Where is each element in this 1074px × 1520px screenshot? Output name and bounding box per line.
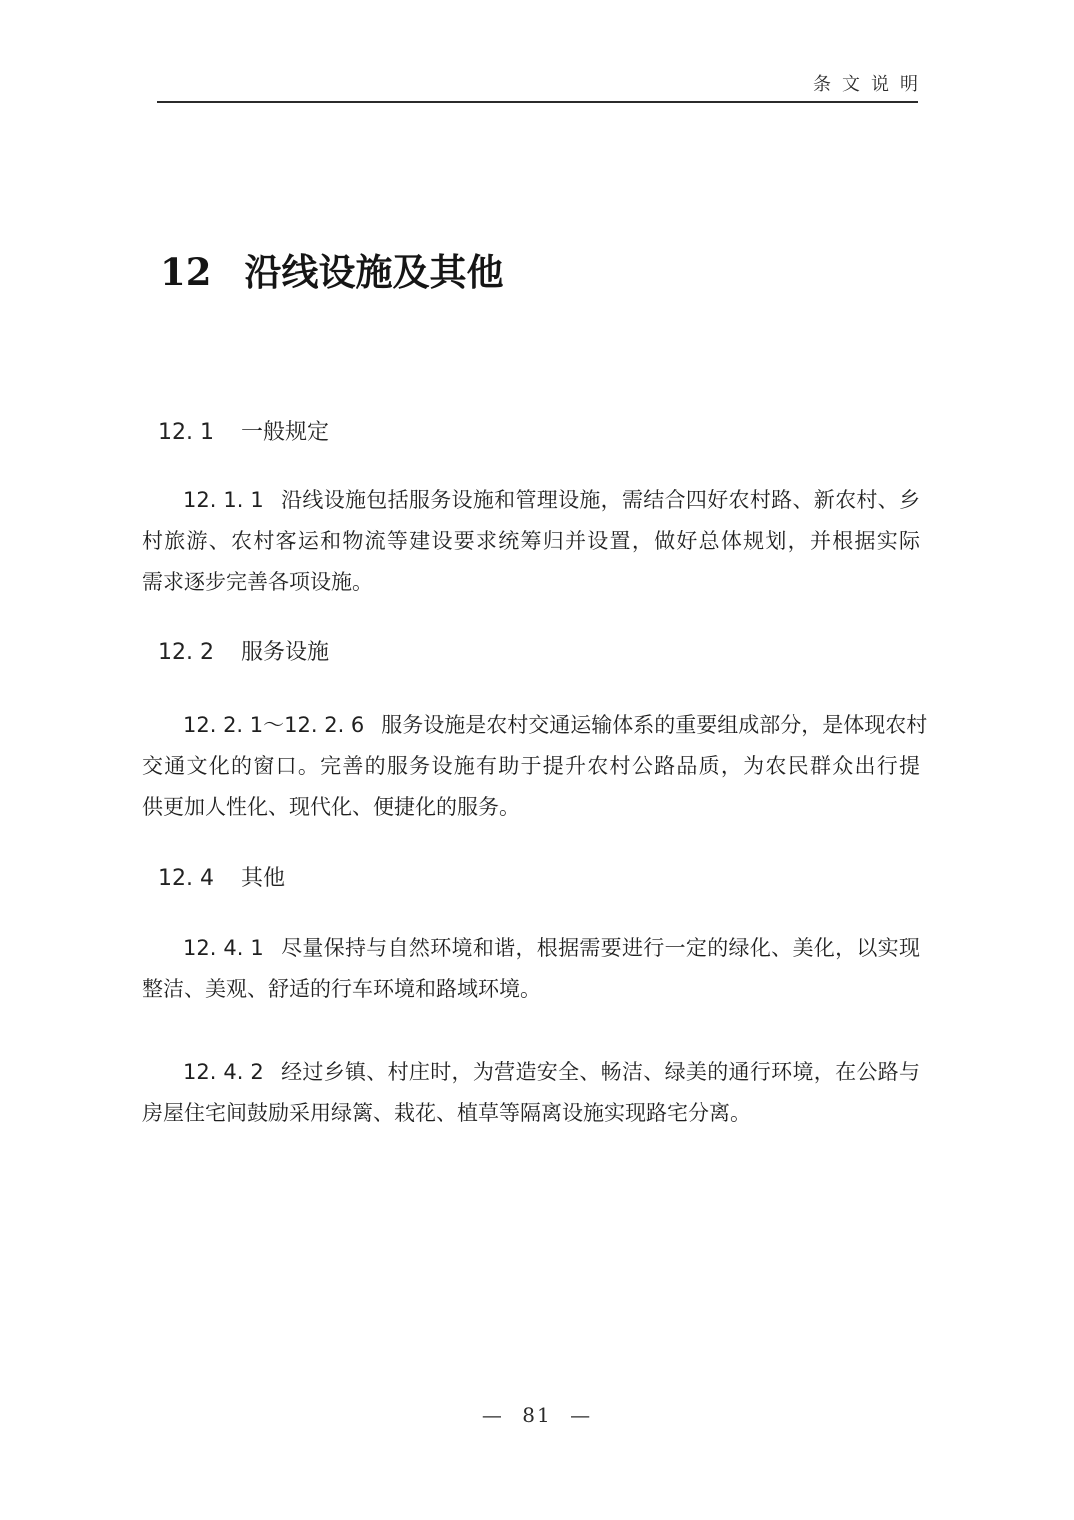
section-number: 12. 2	[158, 640, 214, 665]
section-heading-12-1: 12. 1一般规定	[158, 420, 329, 445]
clause-12-1-1: 12. 1. 1沿线设施包括服务设施和管理设施，需结合四好农村路、新农村、乡 村…	[142, 480, 920, 603]
chapter-heading: 12沿线设施及其他	[160, 250, 504, 294]
section-title: 其他	[241, 866, 285, 891]
clause-text-line: 整洁、美观、舒适的行车环境和路域环境。	[142, 969, 920, 1010]
running-head-label: 条文说明	[157, 70, 929, 96]
section-number: 12. 1	[158, 420, 214, 445]
clause-text-line: 12. 4. 1尽量保持与自然环境和谐，根据需要进行一定的绿化、美化，以实现	[142, 928, 920, 969]
section-heading-12-2: 12. 2服务设施	[158, 640, 329, 665]
clause-12-4-2: 12. 4. 2经过乡镇、村庄时，为营造安全、畅洁、绿美的通行环境，在公路与 房…	[142, 1052, 920, 1134]
clause-12-2-1-to-12-2-6: 12. 2. 1～12. 2. 6服务设施是农村交通运输体系的重要组成部分，是体…	[142, 705, 920, 828]
clause-text-line: 交通文化的窗口。完善的服务设施有助于提升农村公路品质，为农民群众出行提	[142, 746, 920, 787]
clause-text-line: 12. 1. 1沿线设施包括服务设施和管理设施，需结合四好农村路、新农村、乡	[142, 480, 920, 521]
clause-number: 12. 4. 2	[183, 1060, 264, 1084]
section-heading-12-4: 12. 4其他	[158, 866, 285, 891]
section-title: 一般规定	[241, 420, 329, 445]
page-number: — 81 —	[0, 1403, 1074, 1427]
document-page: 条文说明 12沿线设施及其他 12. 1一般规定 12. 1. 1沿线设施包括服…	[0, 0, 1074, 1520]
clause-text-line: 需求逐步完善各项设施。	[142, 562, 920, 603]
clause-text-line: 房屋住宅间鼓励采用绿篱、栽花、植草等隔离设施实现路宅分离。	[142, 1093, 920, 1134]
header-rule	[157, 101, 918, 103]
section-number: 12. 4	[158, 866, 214, 891]
clause-text: 尽量保持与自然环境和谐，根据需要进行一定的绿化、美化，以实现	[281, 936, 920, 960]
clause-text: 经过乡镇、村庄时，为营造安全、畅洁、绿美的通行环境，在公路与	[281, 1060, 920, 1084]
clause-text: 服务设施是农村交通运输体系的重要组成部分，是体现农村	[381, 713, 927, 737]
clause-text-line: 12. 2. 1～12. 2. 6服务设施是农村交通运输体系的重要组成部分，是体…	[142, 705, 920, 746]
section-title: 服务设施	[241, 640, 329, 665]
clause-number: 12. 2. 1～12. 2. 6	[183, 713, 364, 737]
chapter-title-text: 沿线设施及其他	[245, 250, 504, 294]
clause-text-line: 村旅游、农村客运和物流等建设要求统筹归并设置，做好总体规划，并根据实际	[142, 521, 920, 562]
clause-12-4-1: 12. 4. 1尽量保持与自然环境和谐，根据需要进行一定的绿化、美化，以实现 整…	[142, 928, 920, 1010]
clause-number: 12. 1. 1	[183, 488, 264, 512]
clause-text-line: 供更加人性化、现代化、便捷化的服务。	[142, 787, 920, 828]
clause-text-line: 12. 4. 2经过乡镇、村庄时，为营造安全、畅洁、绿美的通行环境，在公路与	[142, 1052, 920, 1093]
clause-text: 沿线设施包括服务设施和管理设施，需结合四好农村路、新农村、乡	[281, 488, 920, 512]
chapter-number: 12	[160, 250, 212, 294]
clause-number: 12. 4. 1	[183, 936, 264, 960]
